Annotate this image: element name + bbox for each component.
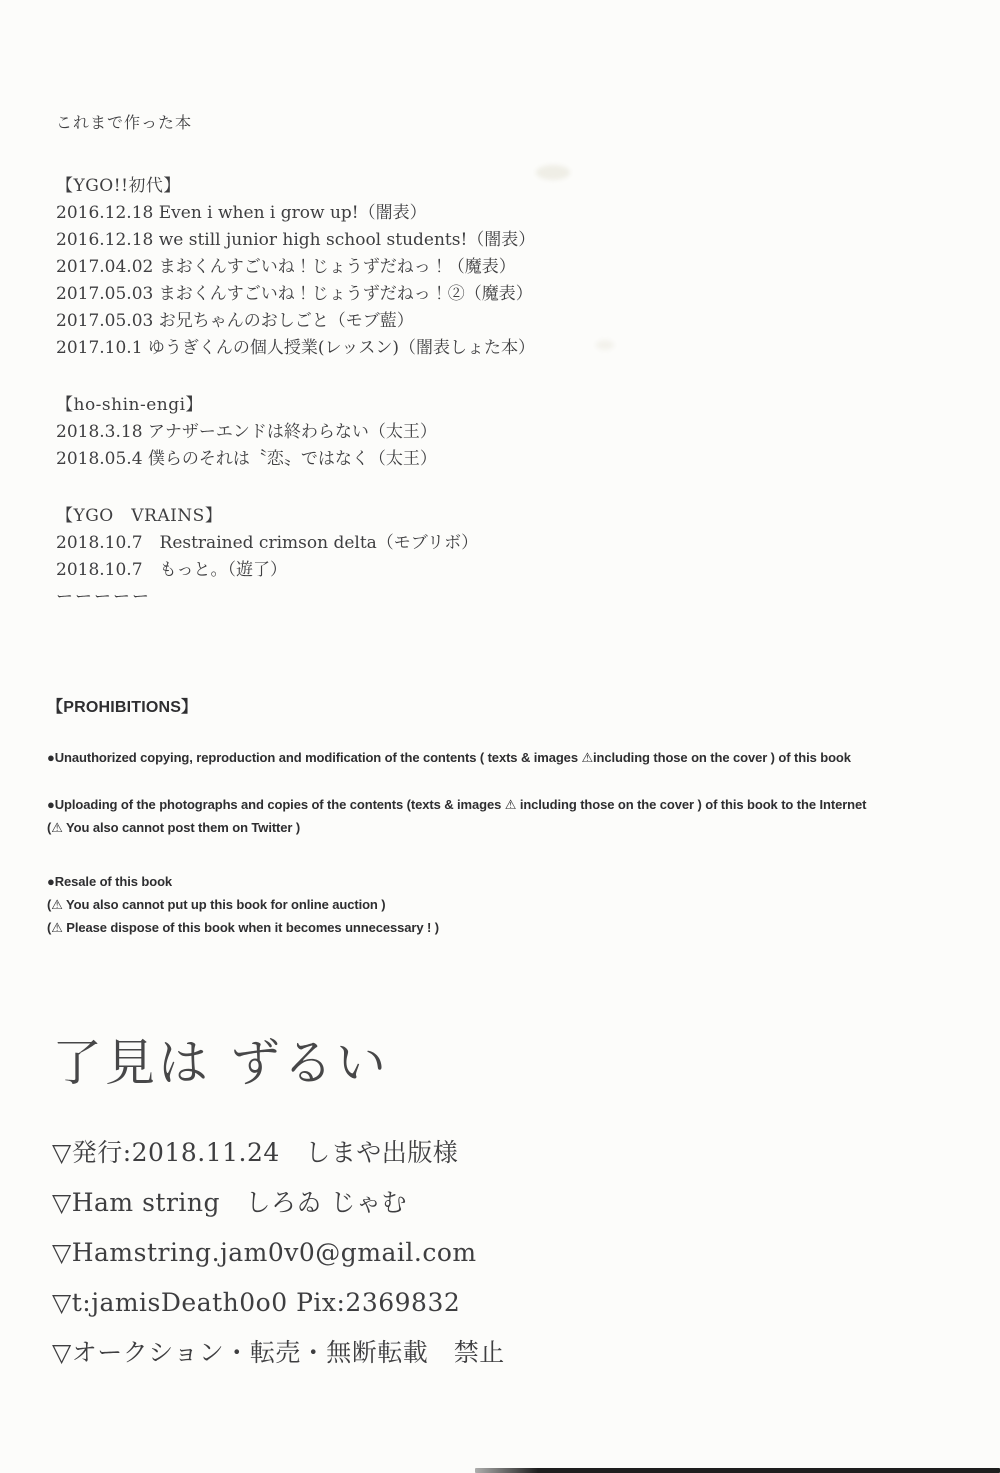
book-item: 2016.12.18 Even i when i grow up!（闇表） xyxy=(56,200,535,227)
prohibition-line: (⚠ Please dispose of this book when it b… xyxy=(47,916,987,939)
prohibitions-heading: 【PROHIBITIONS】 xyxy=(47,694,987,717)
book-item: 2018.10.7 もっと。（遊了） xyxy=(56,557,535,584)
book-item: 2018.05.4 僕らのそれは〝恋〟ではなく（太王） xyxy=(56,446,535,473)
book-group-ygo-vrains: 【YGO VRAINS】 2018.10.7 Restrained crimso… xyxy=(56,503,535,611)
colophon-social-line: ▽t:jamisDeath0o0 Pix:2369832 xyxy=(52,1288,505,1317)
book-item: 2017.05.03 お兄ちゃんのおしごと（モブ藍） xyxy=(56,308,535,335)
book-group-title: 【YGO VRAINS】 xyxy=(56,503,535,530)
prohibition-line: (⚠ You also cannot put up this book for … xyxy=(47,893,987,916)
colophon-email-line: ▽Hamstring.jam0v0@gmail.com xyxy=(52,1238,505,1267)
book-item: 2018.3.18 アナザーエンドは終わらない（太王） xyxy=(56,419,535,446)
scan-edge-bar xyxy=(475,1468,1000,1473)
book-item: 2016.12.18 we still junior high school s… xyxy=(56,227,535,254)
book-group-title: 【YGO!!初代】 xyxy=(56,173,535,200)
prohibition-rule: ●Unauthorized copying, reproduction and … xyxy=(47,746,987,769)
scanned-afterword-page: これまで作った本 【YGO!!初代】 2016.12.18 Even i whe… xyxy=(0,0,1000,1473)
colophon-circle-line: ▽Ham string しろゐ じゃむ xyxy=(52,1188,505,1217)
colophon-section: 了見は ずるい ▽発行:2018.11.24 しまや出版様 ▽Ham strin… xyxy=(52,1036,505,1388)
book-list-section: これまで作った本 【YGO!!初代】 2016.12.18 Even i whe… xyxy=(56,110,535,641)
book-group-ygo-shodai: 【YGO!!初代】 2016.12.18 Even i when i grow … xyxy=(56,173,535,362)
book-group-title: 【ho-shin-engi】 xyxy=(56,392,535,419)
book-item: 2017.05.03 まおくんすごいね！じょうずだねっ！②（魔表） xyxy=(56,281,535,308)
prohibition-line: (⚠ You also cannot post them on Twitter … xyxy=(47,816,987,839)
prohibition-rule: ●Resale of this book (⚠ You also cannot … xyxy=(47,870,987,939)
list-end-dashes: ーーーーー xyxy=(56,584,535,611)
colophon-publication-line: ▽発行:2018.11.24 しまや出版様 xyxy=(52,1138,505,1167)
scan-smudge xyxy=(596,340,614,350)
book-group-hoshin-engi: 【ho-shin-engi】 2018.3.18 アナザーエンドは終わらない（太… xyxy=(56,392,535,473)
prohibitions-section: 【PROHIBITIONS】 ●Unauthorized copying, re… xyxy=(47,694,987,963)
book-item: 2018.10.7 Restrained crimson delta（モブリボ） xyxy=(56,530,535,557)
prohibition-line: ●Resale of this book xyxy=(47,870,987,893)
scan-smudge xyxy=(536,165,570,180)
prohibition-line: ●Uploading of the photographs and copies… xyxy=(47,793,987,816)
book-list-heading: これまで作った本 xyxy=(56,110,535,133)
prohibition-line: ●Unauthorized copying, reproduction and … xyxy=(47,746,987,769)
colophon-notice-line: ▽オークション・転売・無断転載 禁止 xyxy=(52,1338,505,1367)
prohibition-rule: ●Uploading of the photographs and copies… xyxy=(47,793,987,839)
book-title: 了見は ずるい xyxy=(52,1036,505,1091)
book-item: 2017.04.02 まおくんすごいね！じょうずだねっ！（魔表） xyxy=(56,254,535,281)
book-item: 2017.10.1 ゆうぎくんの個人授業(レッスン)（闇表しょた本） xyxy=(56,335,535,362)
